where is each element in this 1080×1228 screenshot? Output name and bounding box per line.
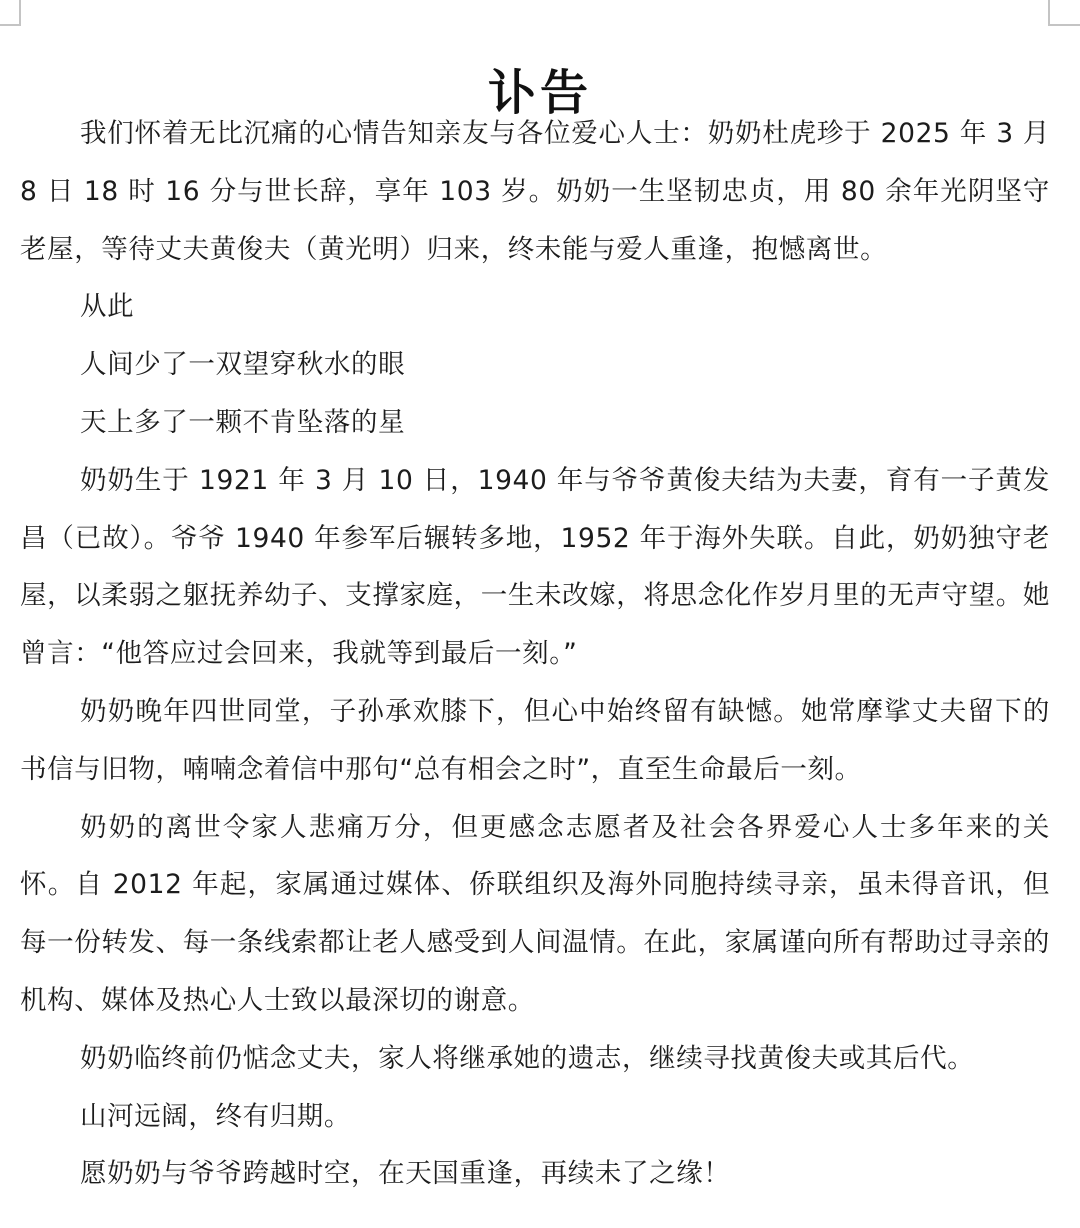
verse-line-3: 天上多了一颗不肯坠落的星: [20, 394, 1050, 452]
closing-line-2: 山河远阔，终有归期。: [20, 1088, 1050, 1146]
closing-line-3: 愿奶奶与爷爷跨越时空，在天国重逢，再续未了之缘！: [20, 1145, 1050, 1203]
paragraph-later-years: 奶奶晚年四世同堂，子孙承欢膝下，但心中始终留有缺憾。她常摩挲丈夫留下的书信与旧物…: [20, 683, 1050, 799]
page-corner-mark-top-right: [1048, 0, 1080, 26]
paragraph-biography: 奶奶生于 1921 年 3 月 10 日，1940 年与爷爷黄俊夫结为夫妻，育有…: [20, 452, 1050, 683]
verse-line-1: 从此: [20, 278, 1050, 336]
page-corner-mark-top-left: [0, 0, 21, 26]
verse-line-2: 人间少了一双望穿秋水的眼: [20, 336, 1050, 394]
closing-line-1: 奶奶临终前仍惦念丈夫，家人将继承她的遗志，继续寻找黄俊夫或其后代。: [20, 1030, 1050, 1088]
paragraph-gratitude: 奶奶的离世令家人悲痛万分，但更感念志愿者及社会各界爱心人士多年来的关怀。自 20…: [20, 799, 1050, 1030]
paragraph-announcement: 我们怀着无比沉痛的心情告知亲友与各位爱心人士：奶奶杜虎珍于 2025 年 3 月…: [20, 105, 1050, 278]
document-body: 我们怀着无比沉痛的心情告知亲友与各位爱心人士：奶奶杜虎珍于 2025 年 3 月…: [20, 105, 1050, 1203]
